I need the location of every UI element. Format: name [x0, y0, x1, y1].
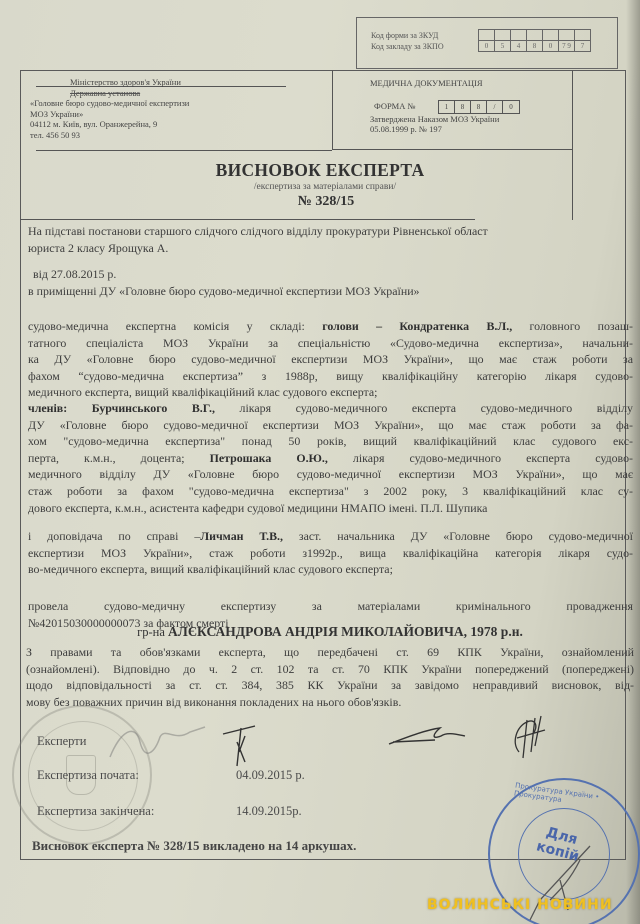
signature-scribble-1 — [100, 712, 210, 772]
members-line-1: членів: Бурчинського В.Г., лікаря судово… — [28, 400, 633, 417]
form-number-cell: / — [487, 101, 503, 113]
code-table: 054807 97 — [478, 29, 591, 52]
deceased-name-line: гр-на АЛЄКСАНДРОВА АНДРІЯ МИКОЛАЙОВИЧА, … — [0, 624, 640, 640]
zkud-cell — [495, 30, 511, 41]
form-header: МЕДИЧНА ДОКУМЕНТАЦІЯ ФОРМА № 188/0 Затве… — [370, 78, 570, 135]
form-number-cell: 0 — [503, 101, 519, 113]
reporter-line-3: во-медичного експерта, вищий кваліфікаці… — [28, 561, 633, 578]
code-box: Код форми за ЗКУД Код закладу за ЗКПО 05… — [356, 17, 618, 69]
zkud-cell — [479, 30, 495, 41]
commission-head-rest: головного позаш- — [512, 319, 633, 333]
members-line-2: ДУ «Головне бюро судово-медичної експерт… — [28, 417, 633, 434]
zkpo-label: Код закладу за ЗКПО — [371, 41, 444, 52]
rights-line-3: щодо відповідальності за ст. ст. 384, 38… — [26, 677, 634, 694]
members-label: членів: Бурчинського В.Г., — [28, 401, 215, 415]
med-doc-category: МЕДИЧНА ДОКУМЕНТАЦІЯ — [370, 78, 570, 89]
form-number-cells: 188/0 — [438, 100, 520, 114]
signature-4 — [505, 712, 555, 764]
sheets-count: Висновок експерта № 328/15 викладено на … — [32, 838, 356, 854]
signature-3 — [385, 720, 475, 750]
member-petroshak: Петрошака О.Ю., — [210, 451, 328, 465]
header-bottom-line-right — [332, 149, 572, 150]
members-line-1-rest: лікаря судово-медичного експерта судово-… — [215, 401, 633, 415]
deceased-name: АЛЄКСАНДРОВА АНДРІЯ МИКОЛАЙОВИЧА, 1978 р… — [168, 624, 523, 639]
reporter-pre: і доповідача по справі – — [28, 529, 200, 543]
basis-place: в приміщенні ДУ «Головне бюро судово-мед… — [28, 283, 633, 300]
form-number-cell: 8 — [455, 101, 471, 113]
zkpo-cell: 7 9 — [559, 41, 575, 52]
approved-date: 05.08.1999 р. № 197 — [370, 124, 570, 135]
document-subtitle: /експертиза за матеріалами справи/ — [0, 182, 640, 192]
commission-head: голови – Кондратенка В.Л., — [322, 319, 512, 333]
zkpo-cell: 7 — [575, 41, 591, 52]
form-number-row: ФОРМА № 188/0 — [370, 100, 570, 114]
members-line-7: дового експерта, к.м.н., асистента кафед… — [28, 500, 633, 517]
basis-date-place: від 27.08.2015 р. в приміщенні ДУ «Голов… — [28, 266, 633, 299]
code-labels: Код форми за ЗКУД Код закладу за ЗКПО — [371, 30, 444, 52]
institution-name-2: МОЗ України» — [30, 109, 320, 120]
zkud-cell — [543, 30, 559, 41]
zkpo-cell: 0 — [543, 41, 559, 52]
zkpo-cell: 0 — [479, 41, 495, 52]
header-bottom-line-left — [36, 150, 332, 151]
conducted-line-1: провела судово-медичну експертизу за мат… — [28, 598, 633, 615]
basis-paragraph: На підставі постанови старшого слідчого … — [28, 223, 633, 256]
rights-line-2: (ознайомлені). Відповідно до ч. 2 ст. 10… — [26, 661, 634, 678]
header-divider — [332, 70, 333, 150]
finished-label: Експертиза закінчена: — [37, 804, 154, 819]
reporter-line-1: і доповідача по справі –Личман Т.В., зас… — [28, 528, 633, 545]
approved-by: Затверджена Наказом МОЗ України — [370, 114, 570, 125]
reporter-line-2: експертизи МОЗ України», стаж роботи з19… — [28, 545, 633, 562]
document-number: № 328/15 — [0, 194, 640, 210]
members-line-4: перта, к.м.н., доцента; Петрошака О.Ю., … — [28, 450, 633, 467]
institution-type: Державна установа — [30, 88, 320, 99]
basis-date: від 27.08.2015 р. — [28, 266, 633, 283]
form-label: ФОРМА № — [370, 101, 438, 112]
members-line-4-rest: лікаря судово-медичного експерта судово- — [328, 451, 633, 465]
experts-label: Експерти — [37, 734, 86, 749]
document-title: ВИСНОВОК ЕКСПЕРТА — [0, 160, 640, 181]
members-line-6: стаж роботи за фахом "судово-медична екс… — [28, 483, 633, 500]
reporter-paragraph: і доповідача по справі –Личман Т.В., зас… — [28, 528, 633, 578]
rights-paragraph: З правами та обов'язками експерта, що пе… — [26, 644, 634, 710]
rights-line-4: мову без поважних причин від виконання п… — [26, 694, 634, 711]
zkpo-cell: 4 — [511, 41, 527, 52]
zkud-cell — [575, 30, 591, 41]
institution-header: Міністерство здоров'я України Державна у… — [30, 77, 320, 140]
members-line-4-pre: перта, к.м.н., доцента; — [28, 451, 210, 465]
title-bottom-line — [20, 219, 475, 220]
commission-line-3: ка ДУ «Головне бюро судово-медичної експ… — [28, 351, 633, 368]
institution-name-1: «Головне бюро судово-медичної експертизи — [30, 98, 320, 109]
members-paragraph: членів: Бурчинського В.Г., лікаря судово… — [28, 400, 633, 516]
basis-line-1: На підставі постанови старшого слідчого … — [28, 223, 633, 240]
news-watermark: ВОЛИНСЬКІ НОВИНИ — [427, 897, 613, 913]
zkud-label: Код форми за ЗКУД — [371, 30, 444, 41]
zkpo-cell: 5 — [495, 41, 511, 52]
members-line-3: хом "судово-медична експертиза" понад 50… — [28, 433, 633, 450]
form-number-cell: 1 — [439, 101, 455, 113]
commission-line-2: татного спеціаліста МОЗ України за спеці… — [28, 335, 633, 352]
zkud-cell — [511, 30, 527, 41]
rights-line-1: З правами та обов'язками експерта, що пе… — [26, 644, 634, 661]
zkud-cell — [559, 30, 575, 41]
commission-line-1: судово-медична експертна комісія у склад… — [28, 318, 633, 335]
basis-line-2: юриста 2 класу Ярощука А. — [28, 240, 633, 257]
deceased-prefix: гр-на — [137, 625, 168, 639]
signature-2 — [215, 722, 265, 772]
commission-intro: судово-медична експертна комісія у склад… — [28, 319, 322, 333]
commission-paragraph: судово-медична експертна комісія у склад… — [28, 318, 633, 401]
members-line-5: медичного відділу ДУ «Головне бюро судов… — [28, 466, 633, 483]
finished-date: 14.09.2015р. — [236, 804, 302, 819]
institution-address: 04112 м. Київ, вул. Оранжерейна, 9 — [30, 119, 320, 130]
form-number-cell: 8 — [471, 101, 487, 113]
zkud-cell — [527, 30, 543, 41]
zkpo-cell: 8 — [527, 41, 543, 52]
reporter-name: Личман Т.В., — [200, 529, 283, 543]
reporter-line-1-rest: заст. начальника ДУ «Головне бюро судово… — [283, 529, 633, 543]
commission-line-4: фахом “судово-медична експертиза” з 1988… — [28, 368, 633, 385]
ministry-name: Міністерство здоров'я України — [30, 77, 320, 88]
institution-phone: тел. 456 50 93 — [30, 130, 320, 141]
commission-line-5: медичного експерта, вищий кваліфікаційни… — [28, 384, 633, 401]
